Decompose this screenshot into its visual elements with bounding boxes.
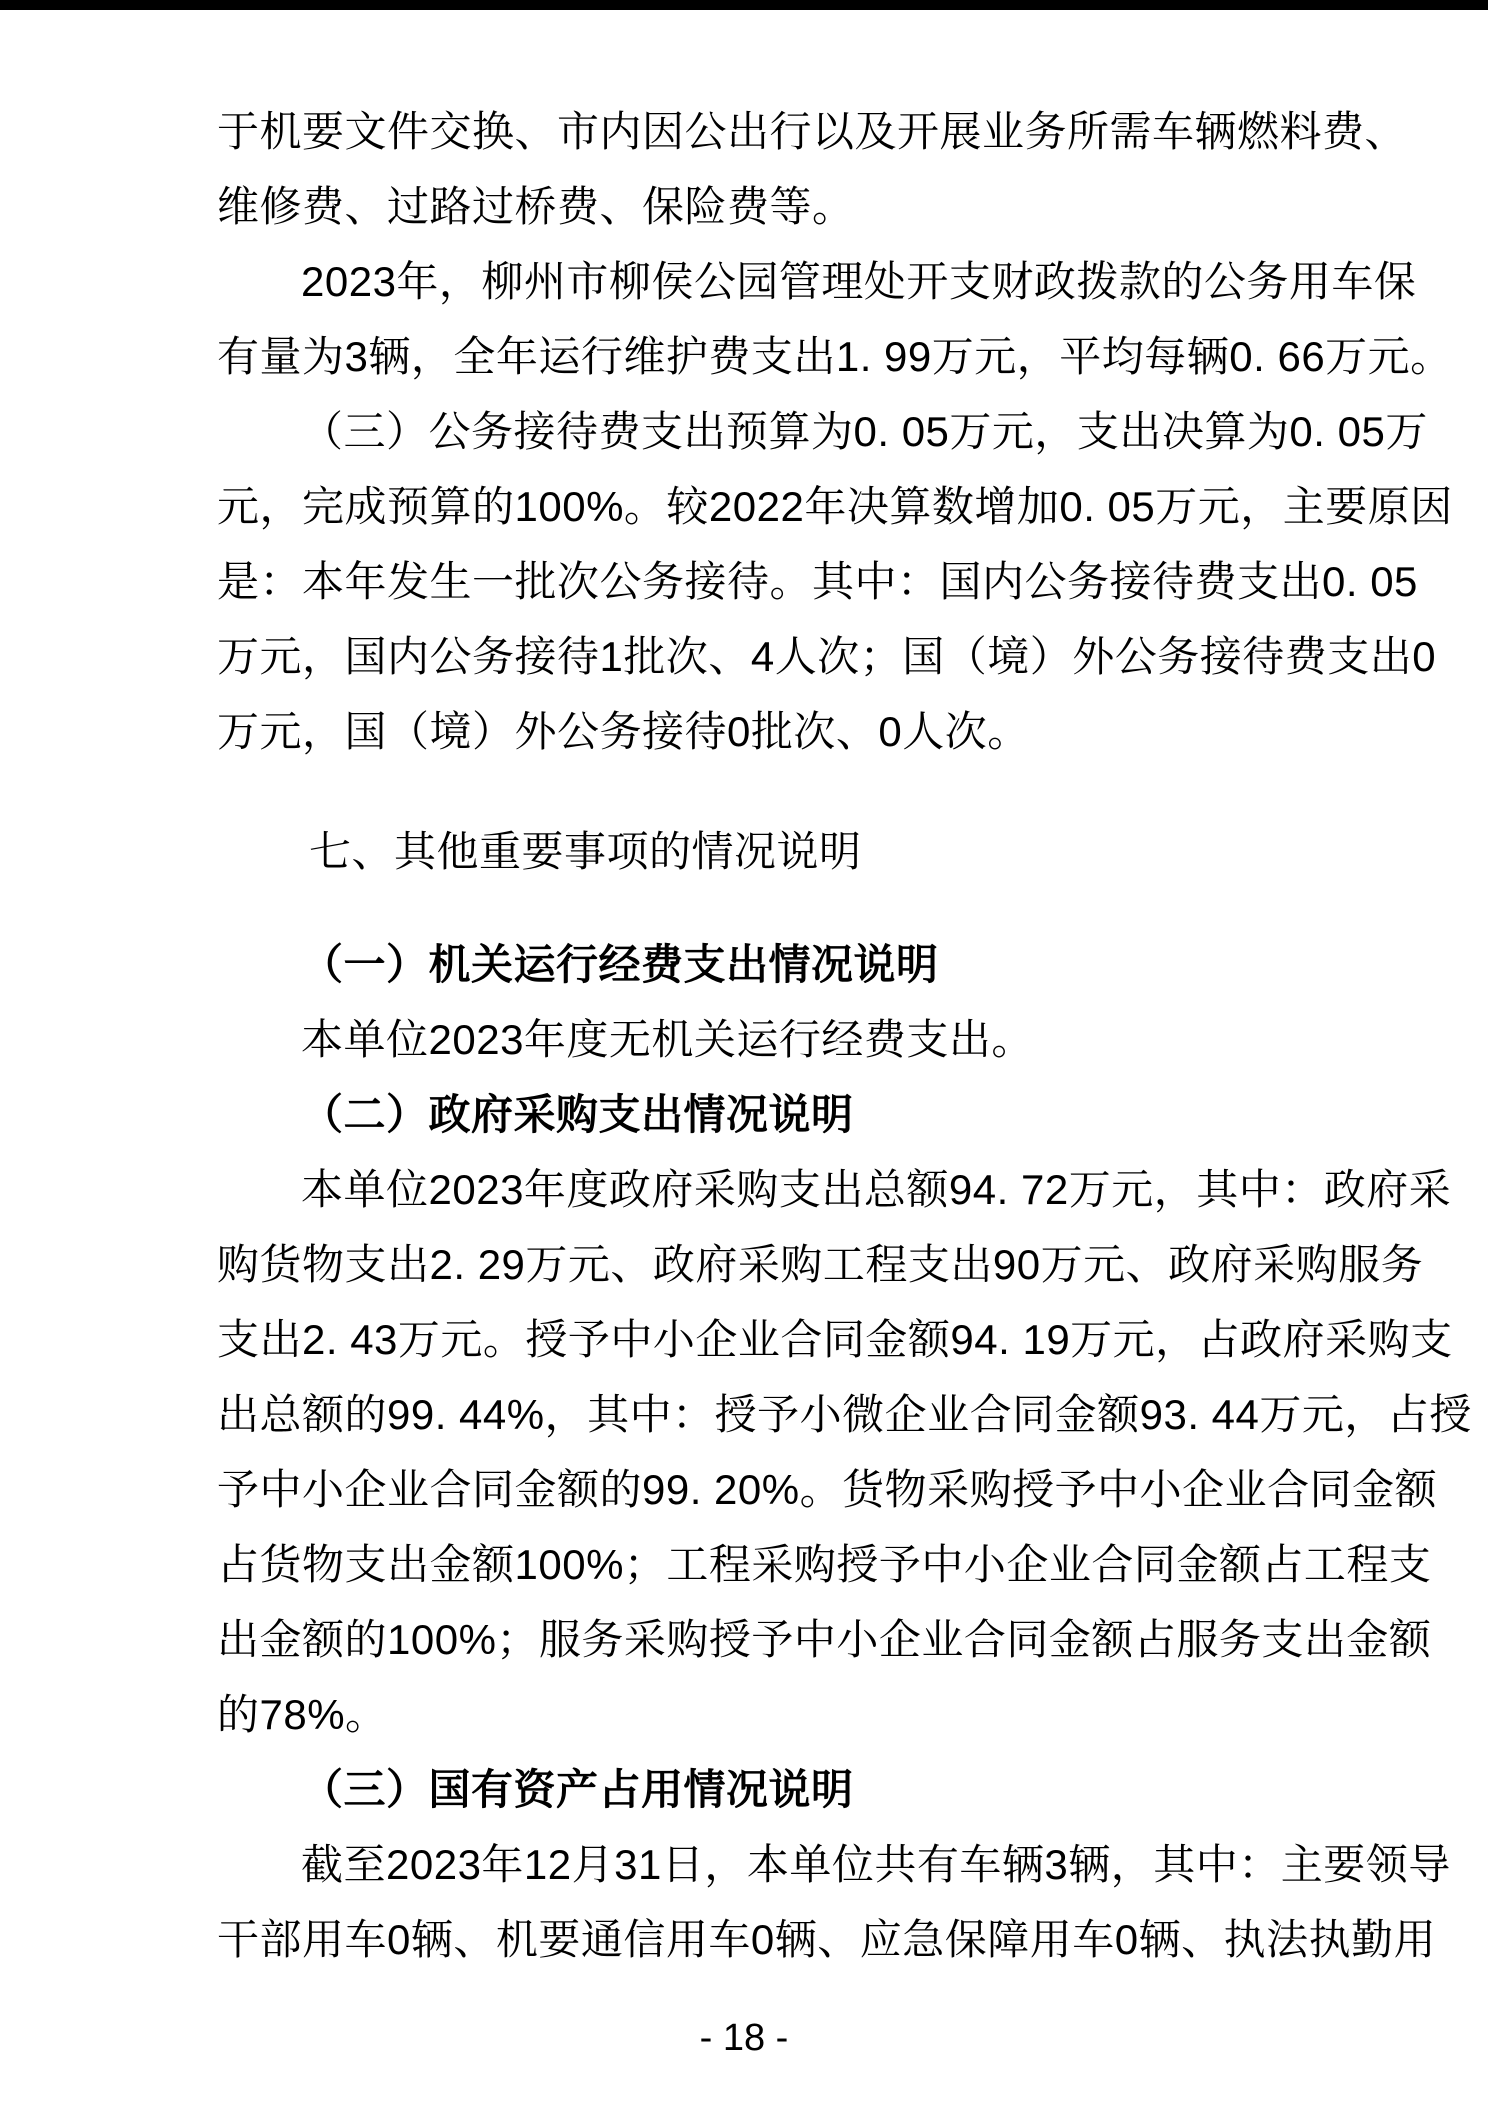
text-line: 是：本年发生一批次公务接待。其中：国内公务接待费支出0. 05 <box>217 544 1352 619</box>
subsection-heading: （一）机关运行经费支出情况说明 <box>217 927 1352 1002</box>
text-line: 于机要文件交换、市内因公出行以及开展业务所需车辆燃料费、 <box>217 94 1352 169</box>
text-line: 支出2. 43万元。授予中小企业合同金额94. 19万元，占政府采购支 <box>217 1302 1352 1377</box>
text-line: 购货物支出2. 29万元、政府采购工程支出90万元、政府采购服务 <box>217 1227 1352 1302</box>
text-line: 占货物支出金额100%；工程采购授予中小企业合同金额占工程支 <box>217 1527 1352 1602</box>
text-line: 有量为3辆，全年运行维护费支出1. 99万元，平均每辆0. 66万元。 <box>217 319 1352 394</box>
text-line: 的78%。 <box>217 1677 1352 1752</box>
text-line: 予中小企业合同金额的99. 20%。货物采购授予中小企业合同金额 <box>217 1452 1352 1527</box>
top-scan-artifact-bar <box>0 0 1488 10</box>
text-line: 维修费、过路过桥费、保险费等。 <box>217 169 1352 244</box>
document-body: 于机要文件交换、市内因公出行以及开展业务所需车辆燃料费、 维修费、过路过桥费、保… <box>217 94 1352 1977</box>
text-line: 干部用车0辆、机要通信用车0辆、应急保障用车0辆、执法执勤用 <box>217 1902 1352 1977</box>
section-heading: 七、其他重要事项的情况说明 <box>217 814 1352 889</box>
page-number: - 18 - <box>0 2008 1488 2068</box>
text-line: 万元，国内公务接待1批次、4人次；国（境）外公务接待费支出0 <box>217 619 1352 694</box>
text-line: 本单位2023年度政府采购支出总额94. 72万元，其中：政府采 <box>217 1152 1352 1227</box>
subsection-heading: （二）政府采购支出情况说明 <box>217 1077 1352 1152</box>
text-line: 万元，国（境）外公务接待0批次、0人次。 <box>217 694 1352 769</box>
subsection-heading: （三）国有资产占用情况说明 <box>217 1752 1352 1827</box>
text-line: 截至2023年12月31日，本单位共有车辆3辆，其中：主要领导 <box>217 1827 1352 1902</box>
text-line: 出金额的100%；服务采购授予中小企业合同金额占服务支出金额 <box>217 1602 1352 1677</box>
text-line: （三）公务接待费支出预算为0. 05万元，支出决算为0. 05万 <box>217 394 1352 469</box>
text-line: 2023年，柳州市柳侯公园管理处开支财政拨款的公务用车保 <box>217 244 1352 319</box>
text-line: 出总额的99. 44%，其中：授予小微企业合同金额93. 44万元，占授 <box>217 1377 1352 1452</box>
text-line: 本单位2023年度无机关运行经费支出。 <box>217 1002 1352 1077</box>
text-line: 元，完成预算的100%。较2022年决算数增加0. 05万元，主要原因 <box>217 469 1352 544</box>
